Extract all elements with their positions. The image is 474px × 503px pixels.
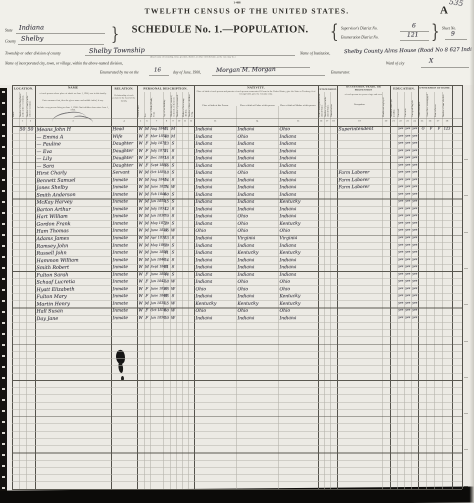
row-cell-edu: yes [404,279,411,282]
row-cell-edu: yes [397,221,404,224]
row-cell-dw: 50 [19,127,25,132]
row-cell-mar: S [170,265,175,269]
row-cell-race: W [137,214,143,218]
row-cell-pob: Ohio [195,308,235,313]
scan-scale-wrapper: 1-488 TWELFTH CENSUS OF THE UNITED STATE… [0,0,474,503]
row-cell-race: W [137,265,143,269]
column-number: 22 [397,120,404,123]
table-row-line [12,467,462,468]
header-note: of each person ten years of age and over… [338,93,389,96]
row-cell-edu: yes [404,229,411,232]
margin-tick [464,377,468,378]
row-cell-pf: Indiana [237,294,277,299]
row-cell-edu: yes [397,294,404,297]
row-cell-edu: yes [404,200,411,203]
page-right-shadow [470,0,474,503]
row-cell-sex: M [144,192,150,196]
row-cell-edu: yes [397,250,404,253]
row-cell-rel: Inmate [112,214,135,219]
row-cell-pm: Kentucky [279,294,316,299]
row-cell-mar: S [170,236,175,240]
table-row-line [12,402,462,403]
row-cell-mar: S [170,171,175,175]
row-cell-edu: yes [397,156,404,159]
row-cell-pob: Indiana [195,134,235,139]
margin-tick [464,196,468,197]
table-row-line [12,438,462,439]
row-cell-sex: M [144,207,150,211]
row-cell-pm: Ohio [279,228,316,233]
county-label: County [5,39,16,44]
row-cell-race: W [137,149,143,153]
row-cell-mar: S [170,192,175,196]
row-cell-name: Hall Susan [36,308,110,314]
row-cell-pf: Kentucky [237,301,277,306]
row-cell-pm: Indiana [279,243,316,248]
row-cell-pm: Indiana [279,178,316,183]
row-cell-dob: Jan 1846 [150,258,163,262]
table-row-line [12,337,462,338]
row-cell-edu: yes [411,316,418,319]
header-sub-label-vertical: Street. [13,93,19,117]
row-cell-race: W [137,316,143,320]
header-sub-label-vertical: Age at last birthday. [164,93,170,117]
row-cell-pf: Ohio [237,221,277,226]
header-sub-label: Place of birth of this Person. [196,104,235,107]
header-note: Include every person living on June 1, 1… [36,106,110,111]
row-cell-rel: Inmate [112,294,135,299]
header-sub-label-vertical: Date of Birth (Month, Year). [151,93,163,117]
row-cell-pob: Ohio [195,228,235,233]
margin-tick [464,413,468,414]
enumeration-district-line [400,40,429,41]
row-cell-edu: yes [397,272,404,275]
row-cell-pm: Indiana [279,156,316,161]
row-cell-dob: Jan 1835 [150,301,163,305]
row-cell-race: W [137,192,143,196]
row-cell-ownership: F [427,127,435,131]
row-cell-pob: Indiana [195,185,235,190]
row-cell-edu: yes [404,207,411,210]
row-cell-pob: Indiana [195,141,235,146]
row-cell-edu: yes [404,214,411,217]
table-row-line [12,322,462,323]
state-label: State [5,28,13,33]
table-vline [182,92,183,489]
header-sub-label-vertical: Mother of how many children. [183,93,188,117]
column-number: 13 [194,120,236,123]
row-cell-pob: Indiana [195,243,235,248]
row-cell-dob: Sept 1883 [150,163,163,167]
row-cell-edu: yes [411,192,418,195]
row-cell-edu: yes [411,287,418,290]
table-row-line [12,460,462,461]
row-cell-edu: yes [404,287,411,290]
row-cell-age: 65 [163,301,169,305]
row-cell-rel: Inmate [112,199,135,204]
row-cell-sex: F [144,294,150,298]
row-cell-race: W [137,134,143,138]
row-cell-age: 70 [163,214,169,218]
row-cell-name: — Lily [36,155,110,161]
header-group-title: RELATION. [111,87,137,91]
row-cell-age: 63 [163,236,169,240]
row-cell-edu: yes [404,258,411,261]
row-cell-name: Hart William [36,214,110,220]
row-cell-occ: Farm Laborer [338,185,381,190]
row-cell-race: W [137,280,143,284]
table-row-line [12,409,462,410]
row-cell-race: W [137,178,143,182]
row-cell-dob: June 1858 [150,250,163,254]
row-cell-age: 65 [163,229,169,233]
enumerated-day-line [149,75,169,76]
row-cell-edu: yes [411,236,418,239]
header-sub-label-vertical: Owned or rented. [419,93,426,117]
state-county-brace: } [111,24,119,44]
margin-tick [464,268,468,269]
row-cell-rel: Daughter [112,149,135,154]
row-cell-pf: Indiana [237,265,277,270]
header-sub-label-vertical: Months not employed. [383,93,390,117]
row-cell-age: 45 [163,200,169,204]
row-cell-edu: yes [404,221,411,224]
row-cell-dob: July 1857 [150,207,163,211]
column-number: 4 [111,120,137,123]
row-cell-age: 48 [163,134,169,138]
row-cell-edu: yes [397,192,404,195]
row-cell-pm: Ohio [279,279,316,284]
header-sub-label-vertical: Attended school (in months). [391,93,397,117]
corner-letter: A [440,4,448,17]
header-group-title: OCCUPATION, TRADE, OR PROFESSION [337,86,390,92]
table-vline [462,85,463,489]
column-number: 18 [330,120,337,123]
margin-tick [464,305,468,306]
row-cell-name: Adams James [36,235,110,241]
row-cell-pob: Indiana [195,163,235,168]
row-cell-mar: S [170,243,175,247]
header-group-title: EDUCATION. [390,87,418,91]
header-sub-label-vertical: Naturalization. [331,93,337,117]
row-cell-race: W [137,163,143,167]
row-cell-occ: Farm Laborer [338,170,381,175]
table-row-line [12,445,462,446]
city-label: Name of incorporated city, town, or vill… [5,61,123,66]
row-cell-dob: June 1836 [150,287,163,291]
row-cell-rel: Inmate [112,192,135,197]
header-sub-label-vertical: Number of dwelling house in the order of… [20,93,26,117]
row-cell-rel: Inmate [112,272,135,277]
row-cell-dob: Aug 1845 [150,178,163,182]
row-cell-age: 51 [163,265,169,269]
row-cell-dob: Jan 1842 [150,279,163,283]
row-cell-race: W [137,229,143,233]
row-cell-pob: Indiana [195,265,235,270]
row-cell-sex: M [144,250,150,254]
column-number: 14 [236,120,278,123]
row-cell-mar: S [170,250,175,254]
row-cell-mar: W [170,287,175,291]
row-cell-race: W [137,250,143,254]
row-cell-pm: Indiana [279,185,316,190]
table-row-line [12,453,462,454]
table-row-line [12,424,462,425]
row-cell-dob: July 1876 [150,142,163,146]
row-cell-mar: M [170,134,175,138]
header-sub-label: Place of birth of Father of this person. [238,104,277,107]
header-sub-label-vertical: Color or race. [138,93,144,117]
row-cell-edu: yes [411,142,418,145]
column-number: 7 [150,120,163,123]
column-number: 3 [35,120,111,123]
column-number: 27 [434,120,442,123]
enumerated-rest: day of June, 1900, [173,70,201,75]
row-cell-sex: M [144,127,150,131]
form-number: 1-488 [0,2,474,5]
county-line [18,44,104,45]
row-cell-name: Barton Arthur [36,206,110,212]
row-cell-race: W [137,156,143,160]
row-cell-pob: Indiana [195,178,235,183]
header-sub-label-vertical: Number of these children living. [189,93,194,117]
row-cell-age: 50 [163,316,169,320]
enumeration-district-value: 121 [407,31,419,38]
table-vline [324,92,325,489]
row-cell-edu: yes [404,250,411,253]
row-cell-pm: Indiana [279,214,316,219]
row-cell-edu: yes [397,229,404,232]
row-cell-edu: yes [404,309,411,312]
header-sub-label-vertical: Owned free or mortgaged. [427,93,434,117]
table-row-line [12,366,462,367]
table-vline [236,106,237,489]
row-cell-race: W [137,258,143,262]
row-cell-dob: June 1844 [150,294,163,298]
state-value: Indiana [19,24,44,32]
district-brace-open: { [330,21,339,42]
row-cell-sex: F [144,163,150,167]
row-cell-pob: Indiana [195,170,235,175]
header-sub-label-vertical: Sex. [145,93,150,117]
row-cell-mar: W [170,309,175,313]
row-cell-age: 23 [163,142,169,146]
row-cell-edu: yes [411,221,418,224]
row-cell-mar: S [170,258,175,262]
margin-tick [464,450,468,451]
row-cell-pf: Ohio [237,214,277,219]
row-cell-mar: S [170,163,175,167]
row-cell-race: W [137,185,143,189]
row-cell-edu: yes [411,229,418,232]
sheet-line [445,39,467,40]
header-sub-label-vertical: Number of years in the United States. [325,93,330,117]
header-sub-label-vertical: Can read. [398,93,404,117]
row-cell-sex: M [144,243,150,247]
row-cell-age: 54 [163,178,169,182]
row-cell-edu: yes [411,171,418,174]
row-cell-mar: W [170,301,175,305]
row-cell-mar: S [170,200,175,204]
census-sheet: 1-488 TWELFTH CENSUS OF THE UNITED STATE… [0,0,474,503]
row-cell-dob: Jan 1855 [150,200,163,204]
table-row-line [12,380,462,381]
row-cell-edu: yes [411,134,418,137]
row-cell-edu: yes [397,309,404,312]
row-cell-pf: Kentucky [237,250,277,255]
row-cell-name: Fulton Sarah [36,272,110,278]
enumerated-label: Enumerated by me on the [100,70,139,75]
row-cell-age: 63 [163,287,169,291]
row-cell-pf: Ohio [237,134,277,139]
row-cell-rel: Daughter [112,156,135,161]
table-vline [318,85,319,489]
row-cell-edu: yes [411,214,418,217]
row-cell-edu: yes [411,250,418,253]
row-cell-edu: yes [411,265,418,268]
row-cell-occ: Superintendent [338,127,381,132]
row-cell-rel: Head [112,127,135,132]
row-cell-sex: M [144,258,150,262]
row-cell-name: Hyatt Elizabeth [36,286,110,292]
row-cell-edu: yes [411,301,418,304]
table-vline [452,85,453,489]
row-cell-edu: yes [404,171,411,174]
row-cell-race: W [137,142,143,146]
row-cell-name: Hirst Charly [36,170,110,176]
header-group-title: NATIVITY. [194,86,318,90]
row-cell-dob: Aug 1848 [150,127,163,131]
row-cell-sex: M [144,200,150,204]
row-cell-pm: Indiana [279,149,316,154]
row-cell-dob: Sept 1848 [150,265,163,269]
column-number: 15 [278,120,318,123]
margin-tick [464,232,468,233]
row-cell-sex: F [144,280,150,284]
header-sub-label-vertical: Number of years married. [177,93,182,117]
table-row-line [12,482,462,483]
header-group-title: LOCATION. [12,87,35,91]
row-cell-rel: Inmate [112,221,135,226]
column-number: 25 [418,120,426,123]
row-cell-race: W [137,272,143,276]
row-cell-rel: Inmate [112,316,135,321]
row-cell-ownership: O [419,127,427,131]
row-cell-pf: Indiana [237,185,277,190]
row-cell-pf: Indiana [237,243,277,248]
row-cell-pob: Indiana [195,272,235,277]
row-cell-name: Schaaf Lucretia [36,279,110,285]
row-cell-edu: yes [397,207,404,210]
row-cell-edu: yes [404,294,411,297]
row-cell-pm: Indiana [279,163,316,168]
table-vline [278,106,279,489]
row-cell-edu: yes [397,236,404,239]
row-cell-pf: Indiana [237,178,277,183]
row-cell-mar: S [170,149,175,153]
table-vline [330,92,331,489]
row-cell-sex: M [144,185,150,189]
sheet-value: 9 [451,30,455,37]
row-cell-age: 41 [163,250,169,254]
row-cell-rel: Inmate [112,308,135,313]
row-cell-race: W [137,301,143,305]
row-cell-rel: Daughter [112,163,135,168]
row-cell-name: Fulton Mary [36,293,110,299]
county-value: Shelby [21,35,44,43]
row-cell-edu: yes [411,258,418,261]
row-cell-name: Russell John [36,250,110,256]
row-cell-pf: Indiana [237,316,277,321]
row-cell-pob: Indiana [195,214,235,219]
row-cell-edu: yes [397,178,404,181]
row-cell-name: Smith Anderson [36,192,110,198]
row-cell-edu: yes [404,316,411,319]
table-vline [390,85,391,489]
row-cell-pm: Indiana [279,192,316,197]
ward-line [421,67,469,68]
row-cell-rel: Inmate [112,185,135,190]
column-number: 26 [426,120,434,123]
row-cell-edu: yes [404,149,411,152]
table-row-line [12,431,462,432]
table-vline [176,92,177,489]
header-note: Enter surname first, then the given name… [36,99,110,102]
row-cell-edu: yes [397,142,404,145]
header-group-title: NAME [35,86,111,90]
table-row-line [12,416,462,417]
row-cell-name: Jones Shelby [36,185,110,191]
row-cell-race: W [137,127,143,131]
row-cell-pm: Indiana [279,265,316,270]
row-cell-name: McKay Harvey [36,199,110,205]
row-cell-pob: Indiana [195,236,235,241]
header-sub-label-vertical: Number of family in the order of visitat… [27,93,35,117]
row-cell-pm: Kentucky [279,199,316,204]
header-note: Place of birth of each person and parent… [196,90,316,95]
table-vline [418,85,419,489]
table-row-line [12,395,462,396]
row-cell-name: — Emma A [36,134,110,140]
column-number: 21 [390,120,397,123]
district-brace-close: } [431,21,440,42]
row-cell-pob: Indiana [195,221,235,226]
header-group-title: PERSONAL DESCRIPTION. [137,87,194,91]
row-cell-pf: Indiana [237,207,277,212]
row-cell-edu: yes [411,178,418,181]
row-cell-rel: Inmate [112,236,135,241]
row-cell-edu: yes [411,127,418,130]
column-number: 8 [163,120,170,123]
row-cell-pob: Indiana [195,279,235,284]
row-cell-rel: Inmate [112,279,135,284]
header-group-title: OWNERSHIP OF HOME. [418,87,452,90]
row-cell-edu: yes [411,185,418,188]
row-cell-age: 18 [163,171,169,175]
margin-tick [464,486,468,487]
row-cell-race: W [137,243,143,247]
row-cell-mar: S [170,294,175,298]
row-cell-edu: yes [404,301,411,304]
row-cell-sex: M [144,221,150,225]
row-cell-rel: Inmate [112,243,135,248]
enumerator-name: Morgan M. Morgan [216,65,276,73]
row-cell-pob: Indiana [195,127,235,132]
header-sub-label-vertical: Year of immigration to the United States… [319,93,324,117]
row-cell-sex: F [144,142,150,146]
row-cell-race: W [137,236,143,240]
table-row-line [12,351,462,352]
